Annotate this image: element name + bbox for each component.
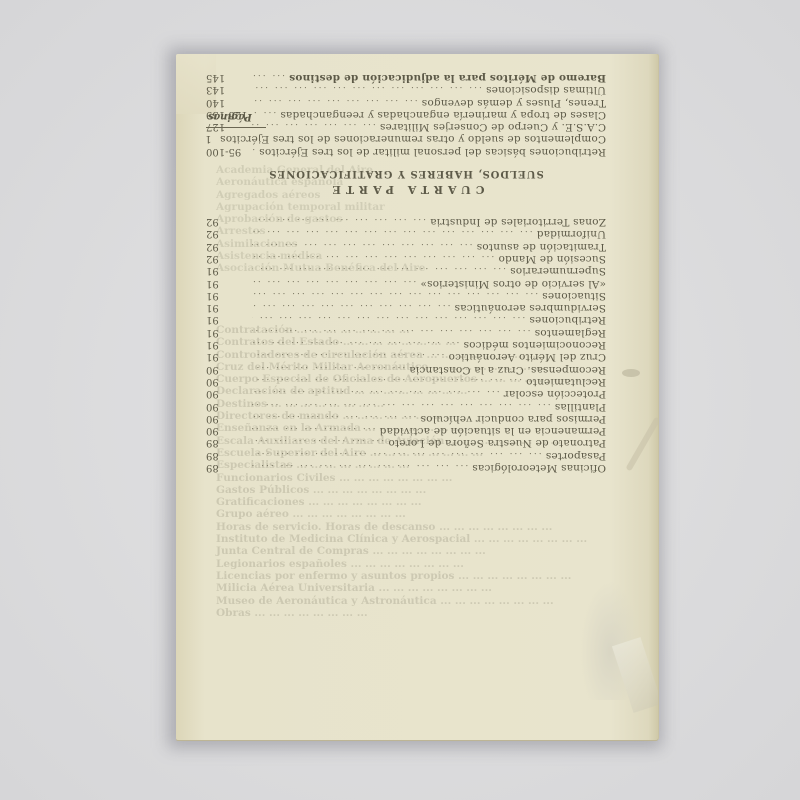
toc-entry: Clases de tropa y marinería enganchadas … [206, 109, 606, 121]
leader-dots: ... ... ... ... ... ... ... ... ... ... … [252, 302, 450, 313]
ghost-line: Gratificaciones ... ... ... ... ... ... … [216, 496, 546, 508]
entry-page: 143 [206, 84, 252, 95]
bleed-through-top: Academia General del AireAeronáutica esp… [216, 164, 516, 275]
ghost-line: Declaración de aptitud ... ... ... ... .… [216, 385, 546, 397]
leader-dots: ... ... ... ... ... ... ... ... ... ... … [252, 290, 538, 301]
leader-dots: ... ... ... ... ... ... ... ... ... ... … [252, 145, 255, 156]
entry-title: Clases de tropa y marinería enganchadas … [276, 109, 606, 121]
ghost-line: Grupo aéreo ... ... ... ... ... ... ... … [216, 508, 546, 520]
ghost-line: Arrestos [216, 225, 516, 237]
toc-entry: Baremo de Méritos para la adjudicación d… [206, 72, 606, 84]
leader-dots: ... ... ... ... ... ... ... ... ... ... … [252, 96, 418, 107]
leader-dots: ... ... ... ... ... ... ... ... ... ... … [252, 84, 482, 95]
book-back-cover: Oficinas Meteorológicas ... ... ... ... … [176, 54, 658, 740]
leader-dots: ... ... ... ... ... ... ... ... ... ... … [252, 72, 285, 83]
ghost-line: Asistencia médica [216, 250, 516, 262]
entry-title: «Al servicio de otros Ministerios» [416, 277, 606, 289]
leader-dots: ... ... ... ... ... ... ... ... ... ... … [252, 109, 276, 120]
entry-page: 95-100 [206, 145, 252, 156]
entry-title: Supernumerarios [506, 265, 606, 277]
ghost-line: Destinos ... ... ... ... ... ... ... ... [216, 398, 546, 410]
entry-title: Plantillas [551, 400, 606, 412]
entry-title: Baremo de Méritos para la adjudicación d… [285, 72, 606, 84]
toc-entry: «Al servicio de otros Ministerios» ... .… [206, 277, 606, 289]
entry-title: Retribuciones básicas del personal milit… [255, 145, 606, 157]
surface-mark [622, 369, 640, 377]
entry-title: Últimas disposiciones [482, 84, 606, 96]
toc-entry: Servidumbres aeronáuticas ... ... ... ..… [206, 302, 606, 314]
ghost-line: Cruz del Mérito Militar Aeronáutico ... … [216, 361, 546, 373]
entry-title: Pasaportes [542, 449, 606, 461]
ghost-line: Aprobación de gastos [216, 213, 516, 225]
ghost-line: Agrupación temporal militar [216, 201, 516, 213]
ghost-line: Escala Auxiliares del Arma de Aviación .… [216, 435, 546, 447]
entry-page: 91 [206, 290, 252, 301]
bleed-through-text: Contratación ... ... ... ... ... ... ...… [216, 324, 546, 619]
entry-title: C.A.S.E. y Cuerpo de Conserjes Militares [376, 121, 606, 133]
entry-page: 100-126 [206, 133, 216, 144]
entry-page: 140 [206, 96, 252, 107]
ghost-line: Directores de mando ... ... ... ... ... … [216, 410, 546, 422]
toc-entry: C.A.S.E. y Cuerpo de Conserjes Militares… [206, 121, 606, 133]
entry-title: Trenes, Pluses y demás devengos [418, 96, 606, 108]
surface-scratch [625, 417, 658, 472]
entry-page: 145 [206, 72, 252, 83]
ghost-line: Contratos del Estado ... ... ... ... ...… [216, 336, 546, 348]
ghost-line: Obras ... ... ... ... ... ... ... ... [216, 607, 546, 619]
ghost-line: Contratación ... ... ... ... ... ... ...… [216, 324, 546, 336]
leader-dots: ... ... ... ... ... ... ... ... ... ... … [252, 277, 416, 288]
entry-title: Complementos de sueldo y otras remunerac… [216, 133, 606, 145]
ghost-line: Academia General del Aire [216, 164, 516, 176]
toc-entry: Retribuciones básicas del personal milit… [206, 145, 606, 157]
ghost-line: Horas de servicio. Horas de descanso ...… [216, 521, 546, 533]
leader-dots: ... ... ... ... ... ... ... ... ... ... … [252, 121, 376, 132]
ghost-line: Legionarios españoles ... ... ... ... ..… [216, 558, 546, 570]
toc-entry: Complementos de sueldo y otras remunerac… [206, 133, 606, 145]
entry-title: Servidumbres aeronáuticas [450, 302, 606, 314]
ghost-line: Museo de Aeronáutica y Astronáutica ... … [216, 595, 546, 607]
ghost-line: Funcionarios Civiles ... ... ... ... ...… [216, 472, 546, 484]
entry-page: 91 [206, 277, 252, 288]
ghost-line: Aeronáutica española [216, 176, 516, 188]
pages-header: Páginas [208, 111, 252, 122]
toc-entry: Situaciones ... ... ... ... ... ... ... … [206, 290, 606, 302]
ghost-line: Asociación Mutua Benéfica del Aire [216, 262, 516, 274]
ghost-line: Milicia Aérea Universitaria ... ... ... … [216, 582, 546, 594]
header-rule [206, 127, 266, 128]
ghost-line: Junta Central de Compras ... ... ... ...… [216, 545, 546, 557]
ghost-line: Asimilaciones [216, 238, 516, 250]
ghost-line: Cuerpo Especial de Oficiales de Aeropuer… [216, 373, 546, 385]
ghost-line: Agregados aéreos [216, 189, 516, 201]
ghost-line: Licencias por enfermo y asuntos propios … [216, 570, 546, 582]
ghost-line: Enseñanza en la Armada ... ... ... ... .… [216, 422, 546, 434]
toc-entry: Últimas disposiciones ... ... ... ... ..… [206, 84, 606, 96]
ghost-line: Gastos Públicos ... ... ... ... ... ... … [216, 484, 546, 496]
ghost-line: Especialistas ... ... ... ... ... ... ..… [216, 459, 546, 471]
ghost-line: Instituto de Medicina Clínica y Aerospac… [216, 533, 546, 545]
entry-title: Situaciones [538, 290, 606, 302]
ghost-line: Controladores de circulación aérea ... .… [216, 349, 546, 361]
toc-entry: Trenes, Pluses y demás devengos ... ... … [206, 96, 606, 108]
ghost-line: Escuela Superior del Aire ... ... ... ..… [216, 447, 546, 459]
entry-title: Uniformidad [533, 228, 606, 240]
entry-page: 91 [206, 302, 252, 313]
